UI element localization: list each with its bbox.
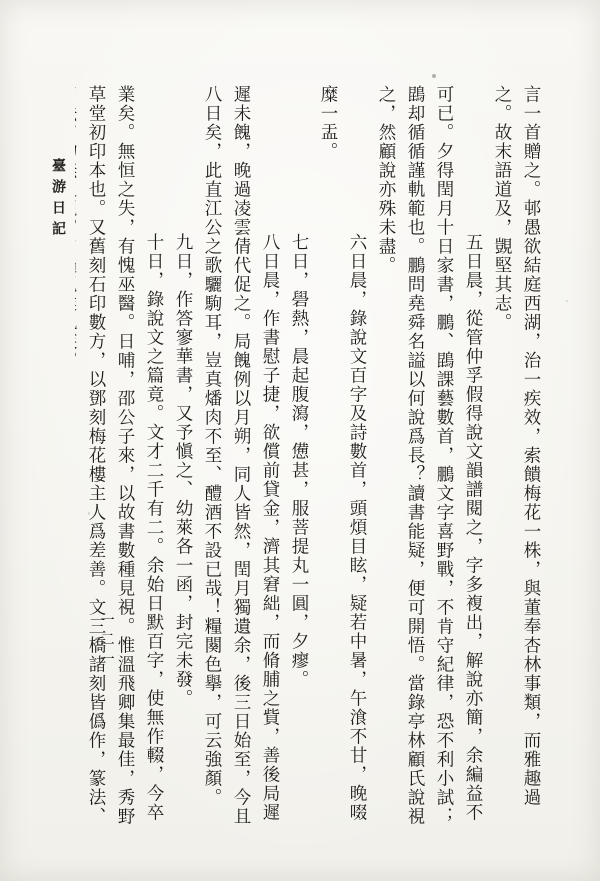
diary-entry-day-5: 五日晨，從管仲孚假得說文韻譜閱之，字多複出，解說亦簡，余編益不可已。夕得閏月十日… — [371, 85, 487, 840]
scan-speck — [432, 74, 436, 78]
scan-speck — [88, 512, 90, 515]
diary-entry-day-10: 十日，錄說文之篇竟。文才二千有二。余始日默百字，使無作輟，今卒業矣。無恒之失，有… — [75, 85, 168, 840]
diary-entry-day-8: 八日晨，作書慰子捷，欲償前貸金，濟其窘絀，而脩脯之貲，善後局遲遲未餽，晚過凌雲倩… — [197, 85, 284, 840]
diary-entry-day-6: 六日晨，錄說文百字及詩數首，頭煩目眩，疑若中暑，午湌不甘，晚啜糜一盂。 — [313, 85, 371, 840]
spine-title: 臺游日記 — [48, 158, 68, 242]
diary-entry-continuation: 言一首贈之。邨愚欲結庭西湖，治一疾效，索饋梅花一株，與董奉杏林事類，而雅趣過之。… — [487, 85, 545, 840]
page-number: 一二一 — [96, 612, 117, 671]
diary-entry-day-7: 七日，礐熱，晨起腹瀉，憊甚，服菩提丸一圓，夕瘳。 — [284, 85, 313, 840]
diary-text-block: 言一首贈之。邨愚欲結庭西湖，治一疾效，索饋梅花一株，與董奉杏林事類，而雅趣過之。… — [75, 85, 545, 840]
diary-entry-day-9: 九日，作答寥華書，又予愼之、幼萊各一函，封完未發。 — [168, 85, 197, 840]
scanned-book-page: 言一首贈之。邨愚欲結庭西湖，治一疾效，索饋梅花一株，與董奉杏林事類，而雅趣過之。… — [0, 0, 600, 881]
scan-speck — [566, 300, 568, 302]
